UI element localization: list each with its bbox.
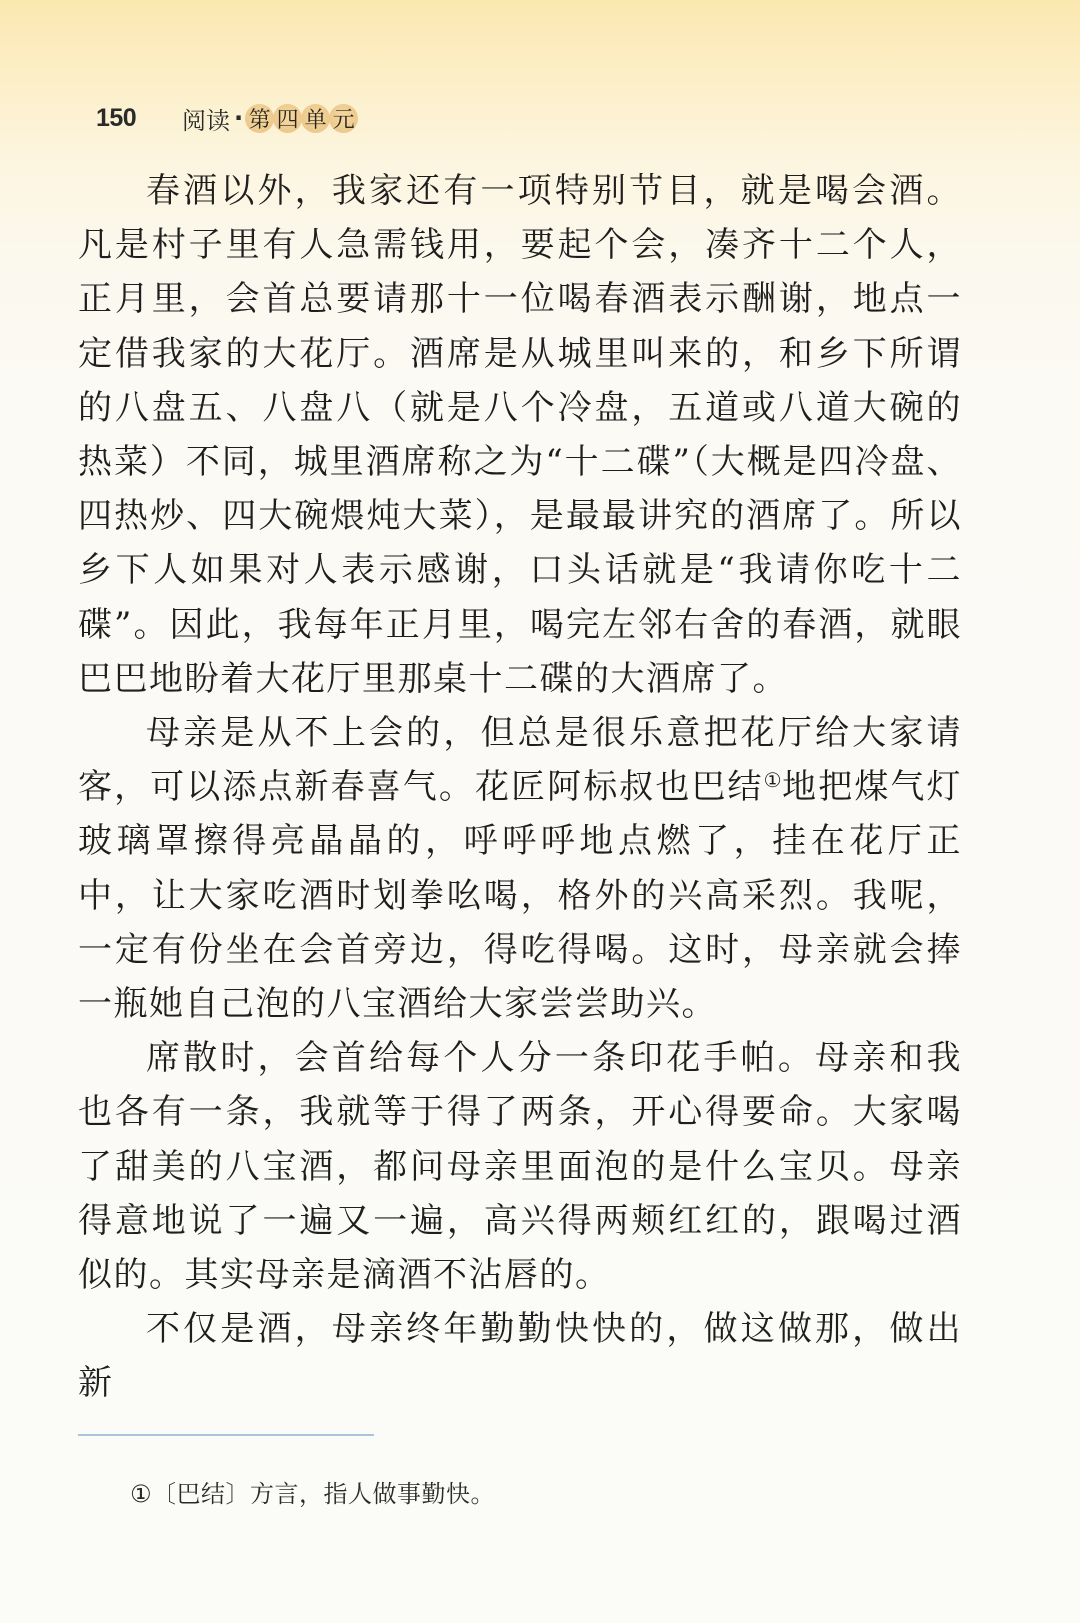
separator-dot: ·	[234, 104, 243, 132]
unit-char-badge: 元	[329, 104, 358, 133]
page-header: 150 阅读 · 第 四 单 元	[96, 98, 357, 138]
section-label: 阅读	[182, 101, 230, 136]
paragraph-1: 春酒以外，我家还有一项特别节目，就是喝会酒。凡是村子里有人急需钱用，要起个会，凑…	[78, 164, 962, 706]
paragraph-4: 不仅是酒，母亲终年勤勤快快的，做这做那，做出新	[78, 1302, 962, 1410]
page-number: 150	[96, 104, 182, 133]
body-text: 春酒以外，我家还有一项特别节目，就是喝会酒。凡是村子里有人急需钱用，要起个会，凑…	[78, 164, 962, 1411]
unit-title: 第 四 单 元	[245, 104, 357, 133]
unit-char-badge: 四	[273, 104, 302, 133]
paragraph-2: 母亲是从不上会的，但总是很乐意把花厅给大家请客，可以添点新春喜气。花匠阿标叔也巴…	[78, 706, 962, 1031]
unit-char-badge: 单	[301, 104, 330, 133]
footnote-divider	[78, 1434, 374, 1436]
footnote: ①〔巴结〕方言，指人做事勤快。	[130, 1474, 495, 1509]
unit-char-badge: 第	[245, 104, 274, 133]
footnote-marker: ①	[764, 768, 783, 792]
paragraph-3: 席散时，会首给每个人分一条印花手帕。母亲和我也各有一条，我就等于得了两条，开心得…	[78, 1031, 962, 1302]
